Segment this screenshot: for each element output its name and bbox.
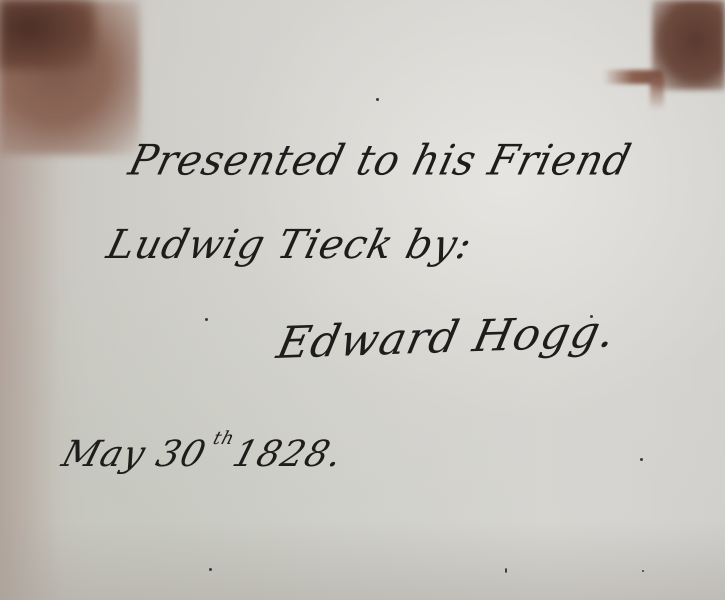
date-month-day: May 30 bbox=[57, 434, 211, 475]
date-year: 1828. bbox=[228, 434, 348, 475]
inscription-line-presented: Presented to his Friend bbox=[124, 137, 636, 185]
paper-speck bbox=[205, 318, 208, 321]
corner-stain-top-right-drip bbox=[650, 78, 664, 110]
paper-speck bbox=[640, 458, 643, 461]
paper-speck bbox=[642, 570, 644, 572]
paper-speck bbox=[505, 568, 507, 573]
inscription-date: May 30th1828. bbox=[57, 428, 349, 475]
paper-speck bbox=[209, 568, 212, 571]
date-ordinal: th bbox=[211, 428, 238, 449]
paper-speck bbox=[376, 98, 379, 101]
page-bottom-shadow bbox=[0, 520, 725, 600]
corner-stain-top-left-dark bbox=[0, 0, 95, 70]
inscription-line-recipient: Ludwig Tieck by: bbox=[102, 222, 477, 268]
